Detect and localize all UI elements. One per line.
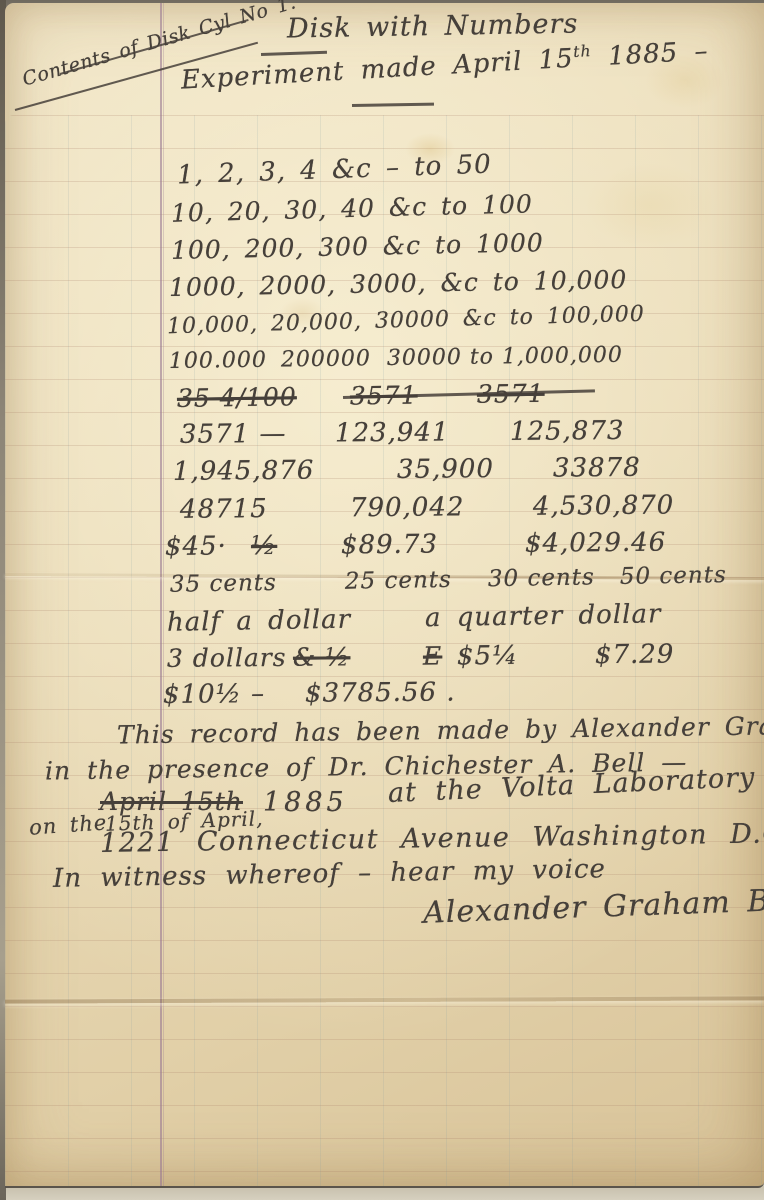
dollar-words: a quarter dollar	[425, 599, 662, 633]
struck-fraction: ½	[251, 531, 277, 561]
cents-value: 25 cents	[345, 567, 452, 595]
date-underline	[352, 103, 434, 107]
dollar-value: $4,029.46	[525, 528, 667, 559]
number-value: 100.000	[169, 348, 267, 374]
statement-year: 1885	[263, 787, 348, 818]
struck-number: 35 4/100	[177, 382, 297, 413]
cents-value: 30 cents	[488, 564, 595, 592]
dollar-value: $3785.56 .	[305, 677, 456, 708]
cents-value: 50 cents	[620, 562, 727, 590]
number-value: 35,900	[397, 454, 494, 485]
number-value: 48715	[180, 494, 268, 525]
number-value: 1,945,876	[173, 456, 315, 487]
number-value: 200000	[281, 346, 371, 372]
number-value: 790,042	[350, 492, 465, 523]
number-value: 33878	[553, 453, 641, 484]
paper-sheet: Contents of Disk Cyl No 1. Disk with Num…	[5, 3, 764, 1188]
subtitle-text: Experiment made April 15	[180, 44, 574, 96]
cents-value: 35 cents	[170, 570, 277, 598]
number-value: 4,530,870	[533, 490, 675, 521]
dollar-value: $45·	[165, 531, 227, 562]
scanned-page: Contents of Disk Cyl No 1. Disk with Num…	[0, 0, 764, 1200]
paper-stain	[585, 163, 715, 248]
dollar-value: $89.73	[341, 530, 438, 561]
subtitle-year: 1885 –	[607, 36, 709, 72]
dollar-value: $5¼	[457, 641, 519, 672]
dollar-value: $7.29	[595, 639, 675, 670]
number-row: 1,945,876 35,900 33878	[5, 452, 764, 497]
struck-fraction: & ½	[293, 642, 351, 672]
title-underline	[261, 51, 327, 56]
number-value: 123,941	[335, 417, 450, 448]
dollar-words: 3 dollars	[167, 643, 287, 673]
dollar-value: $10½ –	[163, 679, 265, 710]
number-value: 3571 —	[180, 419, 287, 450]
number-value: 30000 to 1,000,000	[387, 343, 623, 371]
dollar-words: half a dollar	[167, 605, 352, 638]
subtitle-experiment-date: Experiment made April 15th 1885 –	[180, 36, 709, 96]
page-title: Disk with Numbers	[287, 8, 579, 44]
struck-scribble: E	[423, 641, 443, 670]
number-value: 125,873	[510, 416, 625, 447]
subtitle-ordinal: th	[573, 42, 592, 61]
